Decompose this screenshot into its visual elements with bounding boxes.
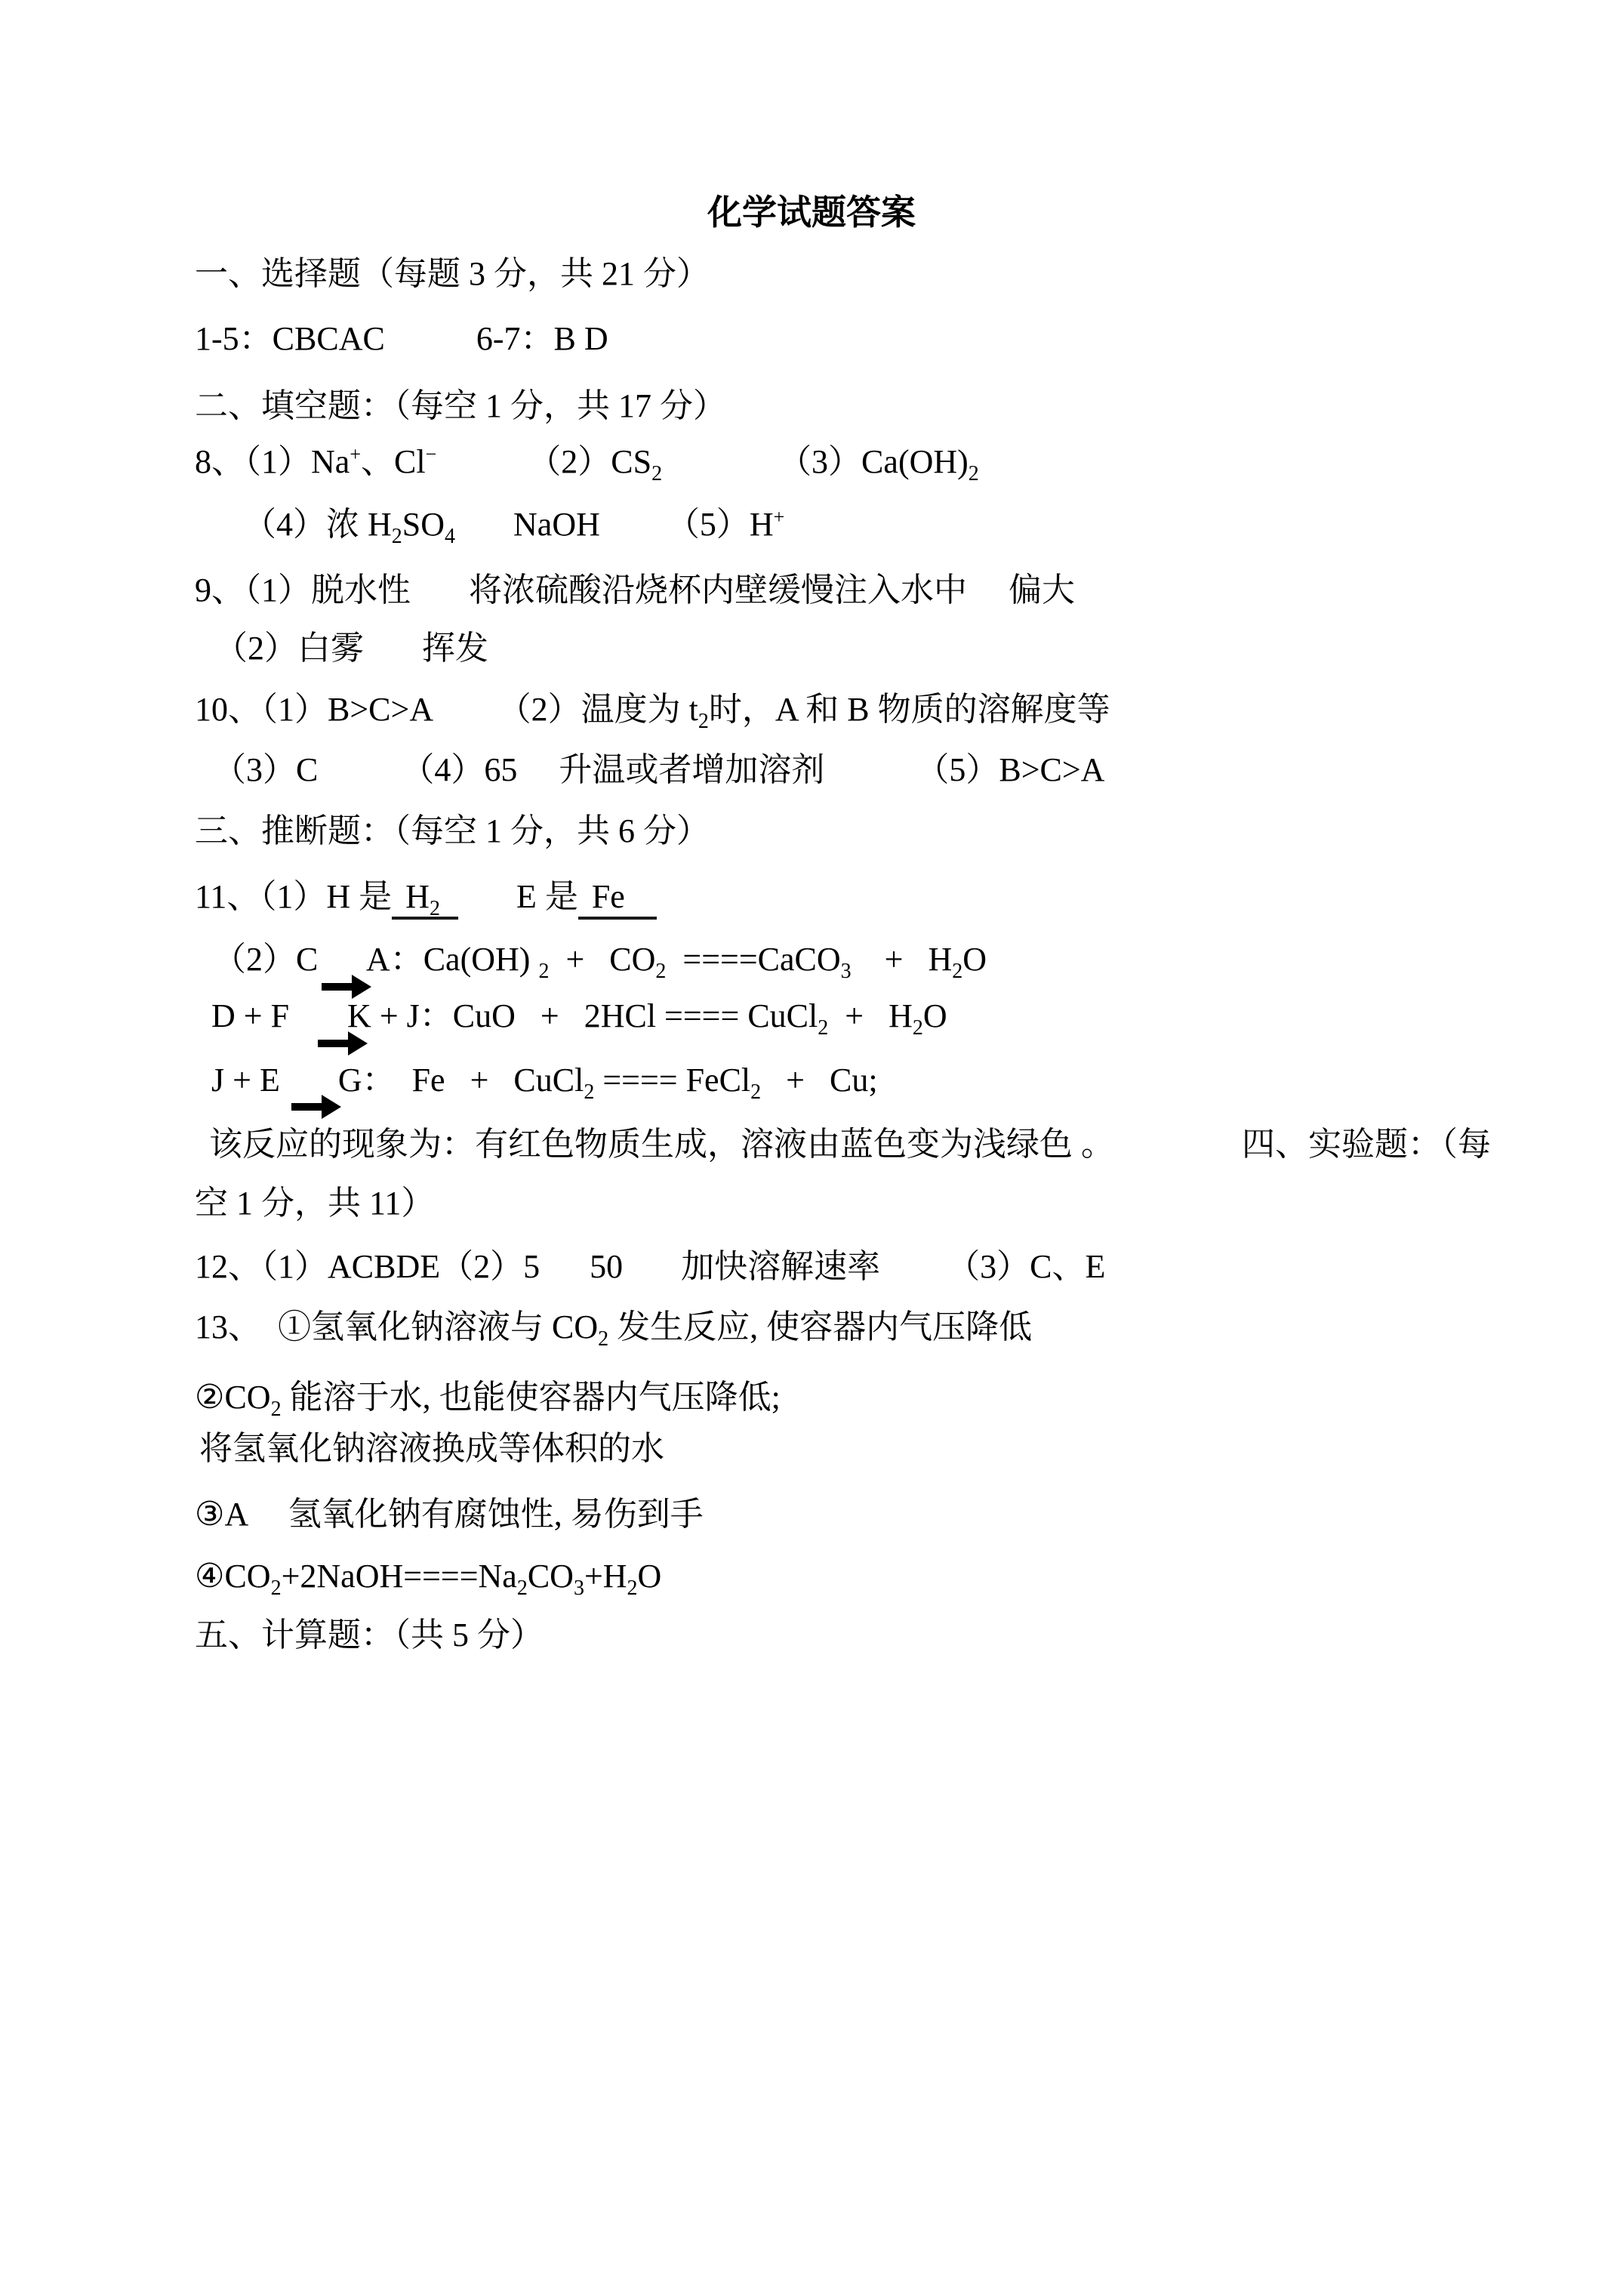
- section-1-header: 一、选择题（每题 3 分，共 21 分）: [195, 251, 710, 297]
- text-run: O: [962, 941, 987, 978]
- superscript: +: [350, 443, 361, 465]
- answer-blank-H: H2: [392, 878, 458, 920]
- text-run: J + E G： Fe + CuCl: [211, 1062, 584, 1099]
- subscript: 3: [574, 1576, 584, 1600]
- page-title: 化学试题答案: [0, 190, 1623, 236]
- text-run: ②CO: [195, 1379, 271, 1416]
- arrow-head: [348, 1031, 368, 1056]
- text-run: 发生反应, 使容器内气压降低: [608, 1308, 1032, 1345]
- equation-G: J + E G： Fe + CuCl2 ==== FeCl2 + Cu;: [211, 1057, 878, 1104]
- answer-13-equation: ④CO2+2NaOH====Na2CO3+H2O: [195, 1553, 661, 1600]
- text-run: 时，A 和 B 物质的溶解度等: [709, 691, 1110, 728]
- text-run: ==== FeCl: [594, 1062, 750, 1099]
- answer-12: 12、（1）ACBDE（2）5 50 加快溶解速率 （3）C、E: [195, 1244, 1105, 1290]
- text-run: +H: [584, 1558, 627, 1595]
- text-run: + H: [852, 941, 953, 978]
- arrow-shaft: [291, 1103, 323, 1111]
- subscript: 4: [445, 525, 455, 548]
- answer-10-row-2: （3）C （4）65 升温或者增加溶剂 （5）B>C>A: [213, 747, 1104, 794]
- text-run: + Cu;: [761, 1062, 877, 1099]
- answer-13-point-4: ③A 氢氧化钠有腐蚀性, 易伤到手: [195, 1491, 704, 1538]
- section-5-header: 五、计算题：（共 5 分）: [195, 1612, 544, 1659]
- text-run: +2NaOH====Na: [282, 1558, 517, 1595]
- document-page: 化学试题答案 一、选择题（每题 3 分，共 21 分） 1-5：CBCAC 6-…: [0, 0, 1623, 2296]
- text-run: 13、 ①氢氧化钠溶液与 CO: [195, 1308, 598, 1345]
- answer-9-row-2: （2）白雾 挥发: [214, 625, 488, 672]
- answer-9-row-1: 9、（1）脱水性 将浓硫酸沿烧杯内壁缓慢注入水中 偏大: [195, 567, 1075, 614]
- reaction-phenomenon-note: 该反应的现象为：有红色物质生成，溶液由蓝色变为浅绿色 。: [209, 1121, 1114, 1168]
- equation-KJ: D + F K + J：CuO + 2HCl ==== CuCl2 + H2O: [211, 993, 947, 1040]
- text-run: 能溶于水, 也能使容器内气压降低;: [282, 1379, 781, 1416]
- text-run: Fe: [592, 878, 625, 915]
- answer-10-row-1: 10、（1）B>C>A （2）温度为 t2时，A 和 B 物质的溶解度等: [195, 686, 1110, 733]
- text-run: SO: [402, 506, 445, 543]
- subscript: 2: [584, 1080, 594, 1104]
- text-run: CO: [528, 1558, 574, 1595]
- text-run: E 是: [458, 878, 578, 915]
- text-run: 8、（1）Na: [195, 443, 350, 480]
- section-4-header-part-1: 四、实验题：（每: [1242, 1121, 1491, 1168]
- subscript: 2: [271, 1576, 282, 1600]
- text-run: （2）C A：Ca(OH): [213, 941, 538, 978]
- subscript: 2: [392, 525, 402, 548]
- subscript: 3: [841, 960, 852, 983]
- section-3-header: 三、推断题：（每空 1 分，共 6 分）: [195, 808, 710, 855]
- answers-1-to-7: 1-5：CBCAC 6-7：B D: [195, 316, 608, 362]
- text-run: + CO: [549, 941, 655, 978]
- subscript: 2: [538, 960, 549, 983]
- subscript: 2: [651, 462, 662, 485]
- section-2-header: 二、填空题：（每空 1 分，共 17 分）: [195, 383, 726, 430]
- text-run: NaOH （5）H: [455, 506, 774, 543]
- arrow-shaft: [318, 1040, 350, 1047]
- subscript: 2: [627, 1576, 638, 1600]
- text-run: （2）CS: [436, 443, 651, 480]
- text-run: 11、（1）H 是: [195, 878, 392, 915]
- subscript: 2: [818, 1016, 828, 1040]
- answer-13-point-2: ②CO2 能溶于水, 也能使容器内气压降低;: [195, 1374, 781, 1421]
- text-run: ④CO: [195, 1558, 271, 1595]
- text-run: （4）浓 H: [243, 506, 392, 543]
- text-run: 、Cl: [361, 443, 426, 480]
- subscript: 2: [750, 1080, 761, 1104]
- subscript: 2: [952, 960, 962, 983]
- arrow-head: [322, 1095, 341, 1119]
- answer-8-row-1: 8、（1）Na+、Cl− （2）CS2 （3）Ca(OH)2: [195, 439, 979, 485]
- section-4-header-part-2: 空 1 分，共 11）: [195, 1180, 434, 1227]
- text-run: H: [405, 878, 430, 915]
- subscript: 2: [969, 462, 979, 485]
- subscript: 2: [271, 1398, 282, 1421]
- text-run: O: [923, 997, 947, 1034]
- subscript: 2: [698, 710, 709, 733]
- subscript: 2: [598, 1327, 608, 1351]
- subscript: 2: [517, 1576, 528, 1600]
- text-run: + H: [828, 997, 913, 1034]
- answer-11-blanks: 11、（1）H 是H2 E 是Fe: [195, 874, 657, 920]
- text-run: ====CaCO: [666, 941, 840, 978]
- arrow-shaft: [322, 983, 353, 991]
- text-run: D + F K + J：CuO + 2HCl ==== CuCl: [211, 997, 818, 1034]
- answer-blank-E: Fe: [578, 878, 657, 920]
- equation-A: （2）C A：Ca(OH) 2 + CO2 ====CaCO3 + H2O: [213, 936, 987, 983]
- answer-8-row-2: （4）浓 H2SO4 NaOH （5）H+: [243, 501, 784, 548]
- answer-13-point-1: 13、 ①氢氧化钠溶液与 CO2 发生反应, 使容器内气压降低: [195, 1304, 1032, 1351]
- superscript: −: [426, 443, 437, 465]
- subscript: 2: [913, 1016, 923, 1040]
- text-run: （3）Ca(OH): [662, 443, 969, 480]
- answer-13-point-3: 将氢氧化钠溶液换成等体积的水: [199, 1425, 664, 1472]
- text-run: 10、（1）B>C>A （2）温度为 t: [195, 691, 698, 728]
- text-run: O: [638, 1558, 662, 1595]
- subscript: 2: [430, 897, 440, 920]
- superscript: +: [774, 506, 785, 528]
- subscript: 2: [655, 960, 666, 983]
